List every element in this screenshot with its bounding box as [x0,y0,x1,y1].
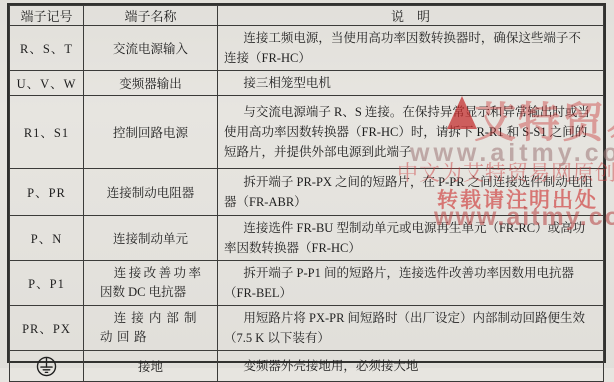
terminal-symbol-cell: P、P1 [10,261,84,306]
table-row: P、P1 连接改善功率因数 DC 电抗器 拆开端子 P-P1 间的短路片，连接选… [10,261,604,306]
table-row: R1、S1 控制回路电源 与交流电源端子 R、S 连接。在保持异常显示和异常输出… [10,96,604,169]
terminal-symbol-cell [10,351,84,369]
terminal-name-cell: 连接制动单元 [84,216,218,261]
table-header-row: 端子记号 端子名称 说 明 [10,6,604,26]
ground-icon [34,354,59,369]
table-row: P、PR 连接制动电阻器 拆开端子 PR-PX 之间的短路片，在 P-PR 之间… [10,169,604,216]
description-cell: 变频器外壳接地用，必须接大地 [218,351,604,369]
header-terminal-symbol: 端子记号 [10,6,84,26]
table-row: P、N 连接制动单元 连接选件 FR-BU 型制动单元或电源再生单元（FR-RC… [10,216,604,261]
description-cell: 与交流电源端子 R、S 连接。在保持异常显示和异常输出时或当使用高功率因数转换器… [218,96,604,169]
terminal-name-cell: 交流电源输入 [84,26,218,71]
terminal-symbol-cell: P、N [10,216,84,261]
terminal-symbol-cell: U、V、W [10,71,84,96]
terminal-symbol-cell: P、PR [10,169,84,216]
terminal-name-cell: 连接制动电阻器 [84,169,218,216]
header-description: 说 明 [218,6,604,26]
terminal-name-cell: 连接改善功率因数 DC 电抗器 [84,261,218,306]
terminal-name-cell: 控制回路电源 [84,96,218,169]
header-terminal-name: 端子名称 [84,6,218,26]
table-row: 接地 变频器外壳接地用，必须接大地 [10,351,604,369]
description-cell: 连接工频电源，当使用高功率因数转换器时，确保这些端子不连接（FR-HC） [218,26,604,71]
description-cell: 接三相笼型电机 [218,71,604,96]
terminal-spec-table: 端子记号 端子名称 说 明 R、S、T 交流电源输入 连接工频电源，当使用高功率… [7,3,606,363]
description-cell: 连接选件 FR-BU 型制动单元或电源再生单元（FR-RC）或高功率因数转换器（… [218,216,604,261]
terminal-name-cell: 连接内部制动回路 [84,306,218,351]
description-cell: 用短路片将 PX-PR 间短路时（出厂设定）内部制动回路便生效（7.5 K 以下… [218,306,604,351]
table-row: R、S、T 交流电源输入 连接工频电源，当使用高功率因数转换器时，确保这些端子不… [10,26,604,71]
table-row: U、V、W 变频器输出 接三相笼型电机 [10,71,604,96]
table-row: PR、PX 连接内部制动回路 用短路片将 PX-PR 间短路时（出厂设定）内部制… [10,306,604,351]
terminal-symbol-cell: R1、S1 [10,96,84,169]
terminal-name-cell: 变频器输出 [84,71,218,96]
terminal-symbol-cell: PR、PX [10,306,84,351]
description-cell: 拆开端子 PR-PX 之间的短路片，在 P-PR 之间连接选件制动电阻器（FR-… [218,169,604,216]
terminal-symbol-cell: R、S、T [10,26,84,71]
terminal-name-cell: 接地 [84,351,218,369]
description-cell: 拆开端子 P-P1 间的短路片，连接选件改善功率因数用电抗器（FR-BEL） [218,261,604,306]
